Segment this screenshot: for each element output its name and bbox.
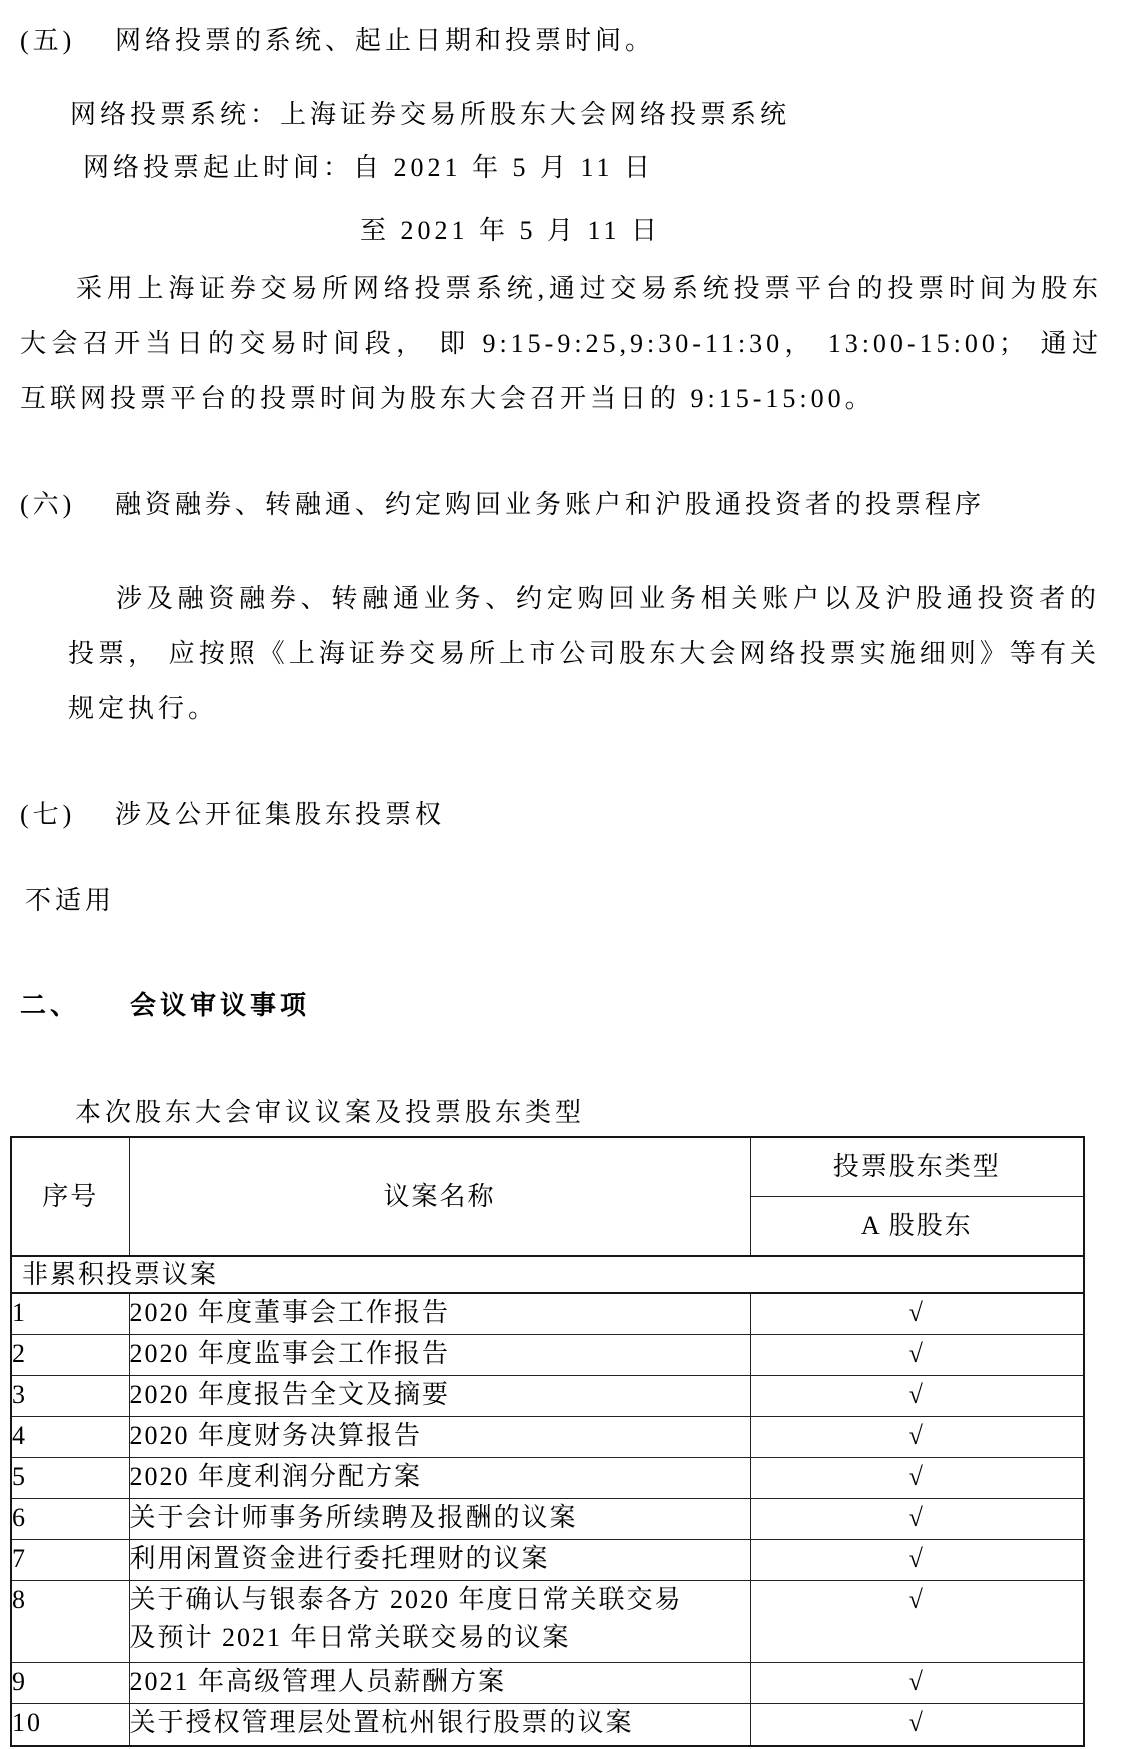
proposal-name-cell: 关于确认与银泰各方 2020 年度日常关联交易 及预计 2021 年日常关联交易… [129, 1580, 750, 1662]
row-number-cell: 1 [11, 1293, 129, 1334]
a-share-check-cell: √ [750, 1580, 1084, 1662]
a-share-check-cell: √ [750, 1498, 1084, 1539]
proposals-table: 序号 议案名称 投票股东类型 A 股股东 非累积投票议案 1 2020 年度董事… [10, 1136, 1085, 1747]
row-number-cell: 3 [11, 1375, 129, 1416]
a-share-check-cell: √ [750, 1457, 1084, 1498]
table-row: 7 利用闲置资金进行委托理财的议案 √ [11, 1539, 1084, 1580]
a-share-check-cell: √ [750, 1375, 1084, 1416]
table-header-row: 序号 议案名称 投票股东类型 [11, 1137, 1084, 1196]
row-number-cell: 2 [11, 1334, 129, 1375]
section-2-number: 二、 [20, 991, 130, 1021]
section-2-title: 会议审议事项 [130, 991, 310, 1021]
proposal-name-cell: 2020 年度监事会工作报告 [129, 1334, 750, 1375]
proposal-name-cell: 2021 年高级管理人员薪酬方案 [129, 1662, 750, 1703]
a-share-check-cell: √ [750, 1662, 1084, 1703]
row-number-cell: 4 [11, 1416, 129, 1457]
header-voter-type-cell: 投票股东类型 [750, 1137, 1084, 1196]
section-7-heading: (七) 涉及公开征集股东投票权 [20, 800, 445, 830]
row-number-cell: 8 [11, 1580, 129, 1662]
table-row: 6 关于会计师事务所续聘及报酬的议案 √ [11, 1498, 1084, 1539]
proposal-name-cell: 2020 年度报告全文及摘要 [129, 1375, 750, 1416]
proposal-name-cell: 2020 年度利润分配方案 [129, 1457, 750, 1498]
section-5-number: (五) [20, 26, 115, 56]
proposal-name-cell: 2020 年度财务决算报告 [129, 1416, 750, 1457]
a-share-check-cell: √ [750, 1703, 1084, 1746]
table-row: 3 2020 年度报告全文及摘要 √ [11, 1375, 1084, 1416]
voting-start-line: 网络投票起止时间：自 2021 年 5 月 11 日 [83, 153, 654, 183]
table-row: 5 2020 年度利润分配方案 √ [11, 1457, 1084, 1498]
section-2-heading: 二、 会议审议事项 [20, 991, 310, 1021]
section-7-title: 涉及公开征集股东投票权 [115, 800, 445, 830]
margin-trading-paragraph: 涉及融资融券、转融通业务、约定购回业务相关账户以及沪股通投资者的投票， 应按照《… [68, 571, 1100, 736]
group-row: 非累积投票议案 [11, 1256, 1084, 1293]
header-name-cell: 议案名称 [129, 1137, 750, 1256]
section-6-title: 融资融券、转融通、约定购回业务账户和沪股通投资者的投票程序 [115, 490, 985, 520]
table-row: 10 关于授权管理层处置杭州银行股票的议案 √ [11, 1703, 1084, 1746]
proposal-name-cell: 关于授权管理层处置杭州银行股票的议案 [129, 1703, 750, 1746]
group-row-label: 非累积投票议案 [11, 1256, 1084, 1293]
row-number-cell: 7 [11, 1539, 129, 1580]
row-number-cell: 9 [11, 1662, 129, 1703]
a-share-check-cell: √ [750, 1539, 1084, 1580]
table-row: 4 2020 年度财务决算报告 √ [11, 1416, 1084, 1457]
table-row: 2 2020 年度监事会工作报告 √ [11, 1334, 1084, 1375]
section-6-number: (六) [20, 490, 115, 520]
header-no-cell: 序号 [11, 1137, 129, 1256]
voting-end-line: 至 2021 年 5 月 11 日 [360, 216, 661, 246]
table-row: 9 2021 年高级管理人员薪酬方案 √ [11, 1662, 1084, 1703]
row-number-cell: 10 [11, 1703, 129, 1746]
table-row: 8 关于确认与银泰各方 2020 年度日常关联交易 及预计 2021 年日常关联… [11, 1580, 1084, 1662]
table-caption: 本次股东大会审议议案及投票股东类型 [75, 1098, 585, 1128]
a-share-check-cell: √ [750, 1416, 1084, 1457]
section-6-heading: (六) 融资融券、转融通、约定购回业务账户和沪股通投资者的投票程序 [20, 490, 985, 520]
document-page: (五) 网络投票的系统、起止日期和投票时间。 网络投票系统：上海证券交易所股东大… [0, 0, 1122, 1749]
section-5-title: 网络投票的系统、起止日期和投票时间。 [115, 26, 655, 56]
voting-time-paragraph: 采用上海证券交易所网络投票系统,通过交易系统投票平台的投票时间为股东大会召开当日… [20, 261, 1102, 426]
voting-system-line: 网络投票系统：上海证券交易所股东大会网络投票系统 [70, 100, 790, 130]
a-share-check-cell: √ [750, 1293, 1084, 1334]
proposal-name-cell: 关于会计师事务所续聘及报酬的议案 [129, 1498, 750, 1539]
section-5-heading: (五) 网络投票的系统、起止日期和投票时间。 [20, 26, 655, 56]
header-a-share-cell: A 股股东 [750, 1196, 1084, 1256]
not-applicable-text: 不适用 [25, 886, 115, 916]
section-7-number: (七) [20, 800, 115, 830]
a-share-check-cell: √ [750, 1334, 1084, 1375]
row-number-cell: 6 [11, 1498, 129, 1539]
row-number-cell: 5 [11, 1457, 129, 1498]
proposal-name-cell: 2020 年度董事会工作报告 [129, 1293, 750, 1334]
proposal-name-cell: 利用闲置资金进行委托理财的议案 [129, 1539, 750, 1580]
table-row: 1 2020 年度董事会工作报告 √ [11, 1293, 1084, 1334]
